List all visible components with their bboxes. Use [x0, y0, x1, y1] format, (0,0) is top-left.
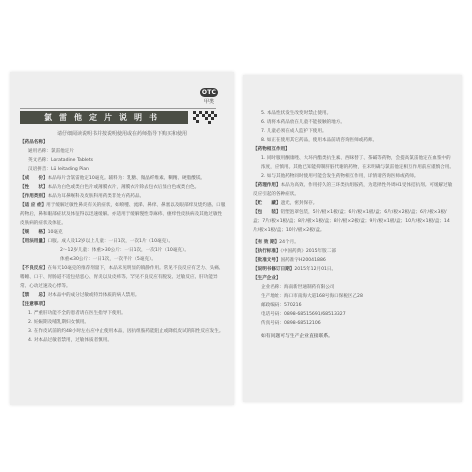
left-content: 【药品名称】 通用名称：氯雷他定片 英文名称：Loratadine Tablet…: [20, 138, 226, 345]
validity-text: 24个月。: [279, 240, 299, 245]
drug-name-heading: 【药品名称】: [20, 138, 226, 147]
manufacturer-postcode: 邮政编码：570216: [253, 301, 455, 310]
precaution-item: 8. 如正在使用其它药品，使用本品前请咨询医师或药师。: [253, 136, 455, 145]
validity-heading: 【有 效 期】: [253, 240, 279, 245]
contraindication-text: 对本品中的成分过敏或特异体质的病人禁用。: [48, 293, 140, 298]
standard-section: 【执行标准】《中国药典》2015年版二部: [253, 247, 455, 256]
adverse-heading: 【不良反应】: [20, 266, 48, 271]
precaution-item: 7. 儿童必须在成人监护下使用。: [253, 127, 455, 136]
dosage-heading: 【用法用量】: [20, 239, 48, 244]
manufacturer-address: 生产地址：海口市南海大道168号海口保税区乙28: [253, 292, 455, 301]
pharmacology-text: 本品为高效、作用持久的三环类抗组胺药，为选择性外周H1受体拮抗剂。可缓解过敏反应…: [253, 183, 452, 197]
character-text: 本品为白色或类白色片或薄膜衣片，薄膜衣片除去包衣后显白色或类白色。: [48, 185, 200, 190]
adverse-text: 在每天10毫克的推荐剂量下，本品未见明显的镇静作用。常见不良反应有乏力、头痛、嗜…: [20, 266, 223, 289]
precaution-item: 4. 对本品过敏者禁用，过敏体质者慎用。: [20, 336, 226, 345]
pinyin-name: 汉语拼音：Lü leitading Pian: [20, 165, 226, 174]
approval-section: 【批准文号】国药准字H20041886: [253, 256, 455, 265]
manufacturer-name: 企业名称：海南新世通制药有限公司: [253, 283, 455, 292]
manufacturer-fax: 传真号码：0898-68512106: [253, 319, 455, 328]
standard-text: 《中国药典》2015年版二部: [281, 249, 336, 254]
precaution-item: 5. 本品性状发生改变时禁止使用。: [253, 109, 455, 118]
interactions-heading: 【药物相互作用】: [253, 145, 455, 154]
otc-badge: OTC 甲类: [200, 88, 218, 105]
right-content: 5. 本品性状发生改变时禁止使用。 6. 请将本药品放在儿童不能接触的地方。 7…: [253, 109, 455, 341]
ingredients-section: 【成 份】本品每片含氯雷他定10毫克。辅料为：乳糖、微晶纤维素、糊精、硬脂酸镁。: [20, 174, 226, 183]
precaution-item: 2. 妊娠期及哺乳期妇女慎用。: [20, 318, 226, 327]
english-name: 英文名称：Loratadine Tablets: [20, 156, 226, 165]
manufacturer-phone: 电话号码：0898-68515691/68513327: [253, 310, 455, 319]
spec-text: 10毫克: [48, 230, 63, 235]
validity-section: 【有 效 期】24个月。: [253, 238, 455, 247]
interactions-text-1: 1. 同时服用酮康唑、大环内酯类抗生素、西咪替丁、茶碱等药物，会提高氯雷他定在血…: [253, 154, 455, 172]
character-section: 【性 状】本品为白色或类白色片或薄膜衣片，薄膜衣片除去包衣后显白色或类白色。: [20, 183, 226, 192]
leaflet-page-left: OTC 甲类 氯雷他定片说明书 请仔细阅读说明书并按说明使用或在药师指导下购买和…: [10, 72, 234, 405]
indications-section: 【适 应 症】用于缓解过敏性鼻炎有关的症状，如喷嚏、流涕、鼻痒、鼻塞以及眼部痒及…: [20, 201, 226, 228]
package-heading: 【包 装】: [253, 210, 281, 215]
contraindication-heading: 【禁 忌】: [20, 293, 48, 298]
spec-section: 【规 格】10毫克: [20, 228, 226, 237]
indications-heading: 【适 应 症】: [20, 203, 46, 208]
standard-heading: 【执行标准】: [253, 249, 281, 254]
checker-pattern-icon: [193, 111, 217, 125]
pharmacology-heading: 【药理作用】: [253, 183, 281, 188]
otc-class: 甲类: [200, 98, 218, 105]
leaflet-page-right: 5. 本品性状发生改变时禁止使用。 6. 请将本药品放在儿童不能接触的地方。 7…: [243, 75, 462, 402]
document-title: 氯雷他定片说明书: [20, 111, 188, 124]
precaution-item: 3. 在作皮试前的约48小时左右应中止使用本品，因抗组胺药能阻止或降低皮试的阳性…: [20, 327, 226, 336]
otc-label: OTC: [200, 88, 218, 97]
approval-heading: 【批准文号】: [253, 258, 281, 263]
contraindication-section: 【禁 忌】对本品中的成分过敏或特异体质的病人禁用。: [20, 291, 226, 300]
category-text: 本品为耳鼻喉科及皮肤科用药类非处方药药品。: [48, 194, 144, 199]
revision-section: 【说明书修订日期】2015年12月01日。: [253, 265, 455, 274]
indications-text: 用于缓解过敏性鼻炎有关的症状，如喷嚏、流涕、鼻痒、鼻塞以及眼部痒及烧灼感。口服药…: [20, 203, 225, 226]
dosage-text-1: 口服。成人及12岁以上儿童：一日1次，一次1片（10毫克）。: [48, 239, 174, 244]
usage-advice: 请仔细阅读说明书并按说明使用或在药师指导下购买和使用: [10, 130, 234, 137]
title-rule: [20, 108, 216, 109]
ingredients-text: 本品每片含氯雷他定10毫克。辅料为：乳糖、微晶纤维素、糊精、硬脂酸镁。: [48, 176, 205, 181]
interactions-text-2: 2. 如与其他药物同时使用可能会发生药物相互作用，详情请咨询医师或药师。: [253, 172, 455, 181]
revision-text: 2015年12月01日。: [294, 267, 336, 272]
precaution-item: 6. 请将本药品放在儿童不能接触的地方。: [253, 118, 455, 127]
package-text: 铝塑泡罩包装，5片/板×1板/盒；6片/板×1板/盒；6片/板×2板/盒；6片/…: [253, 210, 450, 233]
spec-heading: 【规 格】: [20, 230, 48, 235]
dosage-text-2: 2～12岁儿童：体重>30公斤：一日1次，一次1片（10毫克）。: [20, 246, 226, 255]
character-heading: 【性 状】: [20, 185, 48, 190]
storage-text: 遮光，密封保存。: [281, 201, 318, 206]
storage-section: 【贮 藏】遮光，密封保存。: [253, 199, 455, 208]
title-banner: 氯雷他定片说明书: [20, 108, 226, 125]
manufacturer-heading: 【生产企业】: [253, 274, 455, 283]
approval-text: 国药准字H20041886: [281, 258, 326, 263]
ingredients-heading: 【成 份】: [20, 176, 48, 181]
precautions-heading: 【注意事项】: [20, 300, 226, 309]
pharmacology-section: 【药理作用】本品为高效、作用持久的三环类抗组胺药，为选择性外周H1受体拮抗剂。可…: [253, 181, 455, 199]
revision-heading: 【说明书修订日期】: [253, 267, 294, 272]
category-heading: 【作用类别】: [20, 194, 48, 199]
precaution-item: 1. 严重肝功能不全的患者请在医生指导下使用。: [20, 309, 226, 318]
storage-heading: 【贮 藏】: [253, 201, 281, 206]
dosage-section: 【用法用量】口服。成人及12岁以上儿童：一日1次，一次1片（10毫克）。: [20, 237, 226, 246]
dosage-text-3: 体重≤30公斤：一日1次，一次半片（5毫克）。: [20, 255, 226, 264]
contact-note: 如有问题可与生产企业直接联系。: [253, 332, 455, 341]
category-section: 【作用类别】本品为耳鼻喉科及皮肤科用药类非处方药药品。: [20, 192, 226, 201]
generic-name: 通用名称：氯雷他定片: [20, 147, 226, 156]
package-section: 【包 装】铝塑泡罩包装，5片/板×1板/盒；6片/板×1板/盒；6片/板×2板/…: [253, 208, 455, 235]
adverse-section: 【不良反应】在每天10毫克的推荐剂量下，本品未见明显的镇静作用。常见不良反应有乏…: [20, 264, 226, 291]
